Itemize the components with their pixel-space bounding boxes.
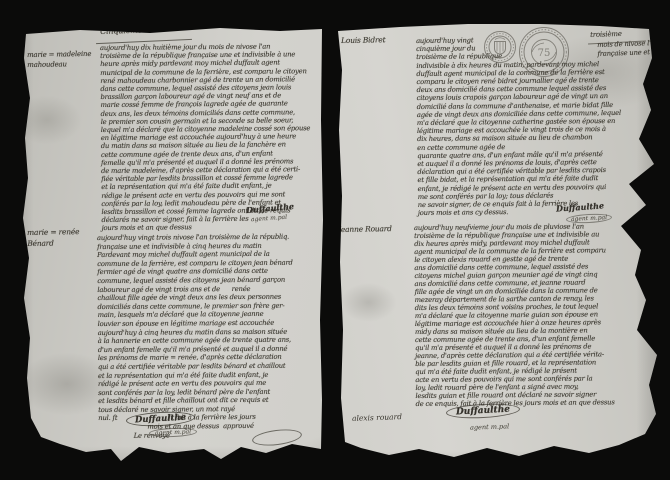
text-line: aujourd'huy vingt trois nivose l'an troi…	[97, 233, 293, 243]
text-line: française une et	[597, 48, 659, 59]
revenue-stamps: 75	[452, 14, 588, 96]
text-line: Bénard	[27, 237, 79, 249]
father-signature: alexis rouard	[352, 412, 402, 423]
left-act-2-text: aujourd'huy vingt trois nivose l'an troi…	[97, 233, 294, 441]
act2-signature-title: agent m.pal	[470, 422, 509, 431]
document-scan: Cinquième marie = madeleinemahoudeau mar…	[0, 0, 670, 480]
revenue-stamp-small	[485, 32, 516, 63]
right-act-2-text: aujourd'huy neufvieme jour du mois de pl…	[414, 222, 615, 408]
right-act-1-edge-text: mois de nivose l'anfrançaise une et	[597, 39, 659, 59]
margin-note-mahoudeau: marie = madeleinemahoudeau	[27, 50, 91, 70]
margin-note-jeanne-rouard: Jeanne Rouard	[338, 224, 392, 234]
left-page-header: Cinquième	[100, 26, 142, 36]
margin-note-benard: marie = renéeBénard	[27, 226, 80, 249]
text-line: commune, lequel assisté des citoyens jea…	[97, 276, 293, 286]
text-line: jours mois et an que dessus	[102, 223, 312, 233]
text-line: marie = renée	[27, 226, 79, 238]
revenue-stamp-large: 75	[520, 28, 569, 77]
stamp-value: 75	[538, 48, 551, 59]
text-line: mahoudeau	[27, 59, 91, 70]
text-line: marie = madeleine	[27, 50, 91, 61]
margin-note-louis-bidret: Louis Bidret	[341, 35, 385, 45]
